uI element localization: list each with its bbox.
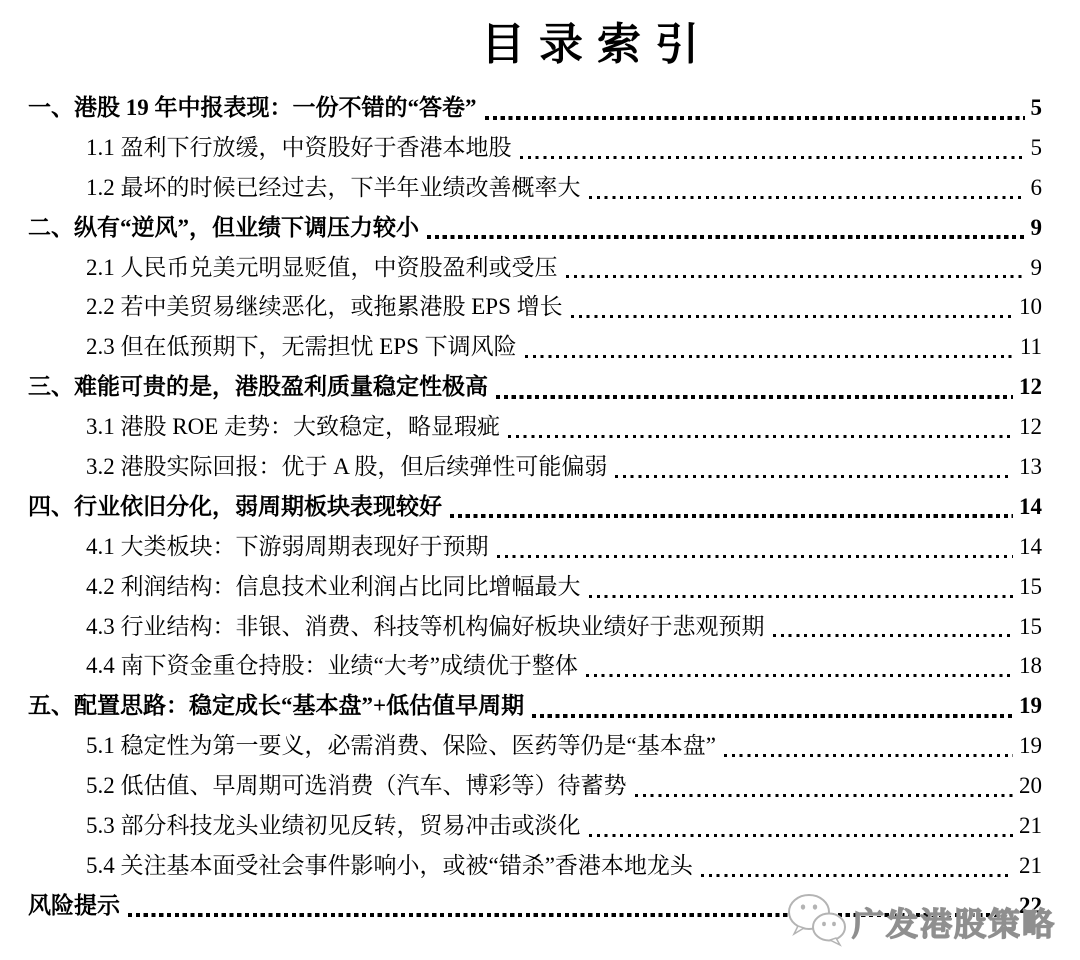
toc-entry-label: 5.4 关注基本面受社会事件影响小，或被“错杀”香港本地龙头 — [86, 846, 693, 886]
toc-page-number: 5 — [1031, 128, 1043, 168]
toc-entry[interactable]: 5.4 关注基本面受社会事件影响小，或被“错杀”香港本地龙头 21 — [28, 846, 1042, 886]
toc-page-number: 12 — [1019, 407, 1042, 447]
toc-page-number: 10 — [1019, 287, 1042, 327]
toc-entry-label: 4.4 南下资金重仓持股：业绩“大考”成绩优于整体 — [86, 646, 578, 686]
toc-dotted-leader — [635, 766, 1014, 806]
toc-entry-label: 三、难能可贵的是，港股盈利质量稳定性极高 — [28, 367, 488, 407]
toc-dotted-leader — [566, 248, 1025, 288]
toc-page-number: 15 — [1019, 607, 1042, 647]
toc-dotted-leader — [589, 806, 1014, 846]
toc-dotted-leader — [520, 128, 1025, 168]
toc-page-number: 21 — [1019, 846, 1042, 886]
toc-dotted-leader — [589, 168, 1025, 208]
toc-entry[interactable]: 5.2 低估值、早周期可选消费（汽车、博彩等）待蓄势 20 — [28, 766, 1042, 806]
toc-entry[interactable]: 2.1 人民币兑美元明显贬值，中资股盈利或受压 9 — [28, 248, 1042, 288]
toc-entry-label: 4.3 行业结构：非银、消费、科技等机构偏好板块业绩好于悲观预期 — [86, 607, 765, 647]
toc-entry[interactable]: 4.2 利润结构：信息技术业利润占比同比增幅最大 15 — [28, 567, 1042, 607]
toc-entry-label: 1.2 最坏的时候已经过去，下半年业绩改善概率大 — [86, 168, 581, 208]
toc-entry[interactable]: 三、难能可贵的是，港股盈利质量稳定性极高 12 — [28, 367, 1042, 407]
toc-entry-label: 4.1 大类板块：下游弱周期表现好于预期 — [86, 527, 489, 567]
toc-page-number: 5 — [1031, 88, 1043, 128]
toc-dotted-leader — [724, 726, 1013, 766]
toc-dotted-leader — [525, 327, 1014, 367]
toc-page-number: 19 — [1019, 686, 1042, 726]
toc-entry-label: 3.1 港股 ROE 走势：大致稳定，略显瑕疵 — [86, 407, 500, 447]
toc-dotted-leader — [589, 567, 1014, 607]
toc-list: 一、港股 19 年中报表现：一份不错的“答卷” 5 1.1 盈利下行放缓，中资股… — [28, 88, 1042, 926]
toc-entry[interactable]: 一、港股 19 年中报表现：一份不错的“答卷” 5 — [28, 88, 1042, 128]
toc-entry-label: 1.1 盈利下行放缓，中资股好于香港本地股 — [86, 128, 512, 168]
toc-entry-label: 2.3 但在低预期下，无需担忧 EPS 下调风险 — [86, 327, 517, 367]
toc-page-number: 19 — [1019, 726, 1042, 766]
toc-page-number: 9 — [1031, 248, 1043, 288]
toc-page-number: 13 — [1019, 447, 1042, 487]
toc-entry[interactable]: 五、配置思路：稳定成长“基本盘”+低估值早周期 19 — [28, 686, 1042, 726]
toc-entry[interactable]: 3.2 港股实际回报：优于 A 股，但后续弹性可能偏弱 13 — [28, 447, 1042, 487]
toc-dotted-leader — [773, 607, 1014, 647]
toc-entry-label: 4.2 利润结构：信息技术业利润占比同比增幅最大 — [86, 567, 581, 607]
toc-page-number: 14 — [1019, 527, 1042, 567]
toc-page-number: 20 — [1019, 766, 1042, 806]
toc-entry[interactable]: 4.4 南下资金重仓持股：业绩“大考”成绩优于整体 18 — [28, 646, 1042, 686]
toc-page-number: 21 — [1019, 806, 1042, 846]
toc-dotted-leader — [508, 407, 1013, 447]
watermark: 广发港股策略 — [784, 891, 1056, 952]
toc-page-number: 18 — [1019, 646, 1042, 686]
toc-entry[interactable]: 四、行业依旧分化，弱周期板块表现较好 14 — [28, 487, 1042, 527]
toc-entry-label: 一、港股 19 年中报表现：一份不错的“答卷” — [28, 88, 477, 128]
toc-entry[interactable]: 2.2 若中美贸易继续恶化，或拖累港股 EPS 增长 10 — [28, 287, 1042, 327]
toc-entry-label: 5.2 低估值、早周期可选消费（汽车、博彩等）待蓄势 — [86, 766, 627, 806]
toc-dotted-leader — [427, 208, 1025, 248]
toc-dotted-leader — [615, 447, 1013, 487]
toc-entry-label: 风险提示 — [28, 886, 120, 926]
page-title: 目录索引 — [90, 14, 1080, 76]
toc-entry[interactable]: 3.1 港股 ROE 走势：大致稳定，略显瑕疵 12 — [28, 407, 1042, 447]
toc-entry[interactable]: 4.3 行业结构：非银、消费、科技等机构偏好板块业绩好于悲观预期 15 — [28, 607, 1042, 647]
toc-entry-label: 2.2 若中美贸易继续恶化，或拖累港股 EPS 增长 — [86, 287, 563, 327]
toc-dotted-leader — [571, 287, 1013, 327]
toc-dotted-leader — [485, 88, 1025, 128]
toc-entry-label: 二、纵有“逆风”，但业绩下调压力较小 — [28, 208, 419, 248]
watermark-text: 广发港股策略 — [852, 899, 1056, 945]
toc-entry-label: 5.3 部分科技龙头业绩初见反转，贸易冲击或淡化 — [86, 806, 581, 846]
toc-dotted-leader — [586, 646, 1013, 686]
toc-entry[interactable]: 2.3 但在低预期下，无需担忧 EPS 下调风险 11 — [28, 327, 1042, 367]
toc-entry[interactable]: 5.1 稳定性为第一要义，必需消费、保险、医药等仍是“基本盘” 19 — [28, 726, 1042, 766]
toc-entry[interactable]: 二、纵有“逆风”，但业绩下调压力较小 9 — [28, 208, 1042, 248]
toc-dotted-leader — [496, 367, 1013, 407]
toc-page-number: 14 — [1019, 487, 1042, 527]
toc-page-number: 12 — [1019, 367, 1042, 407]
toc-entry-label: 5.1 稳定性为第一要义，必需消费、保险、医药等仍是“基本盘” — [86, 726, 716, 766]
toc-page-number: 11 — [1020, 327, 1042, 367]
toc-entry-label: 2.1 人民币兑美元明显贬值，中资股盈利或受压 — [86, 248, 558, 288]
toc-page-number: 6 — [1031, 168, 1043, 208]
toc-entry-label: 3.2 港股实际回报：优于 A 股，但后续弹性可能偏弱 — [86, 447, 607, 487]
toc-dotted-leader — [450, 487, 1013, 527]
toc-entry[interactable]: 5.3 部分科技龙头业绩初见反转，贸易冲击或淡化 21 — [28, 806, 1042, 846]
toc-entry[interactable]: 1.1 盈利下行放缓，中资股好于香港本地股 5 — [28, 128, 1042, 168]
toc-entry-label: 五、配置思路：稳定成长“基本盘”+低估值早周期 — [28, 686, 524, 726]
toc-dotted-leader — [701, 846, 1013, 886]
toc-entry[interactable]: 1.2 最坏的时候已经过去，下半年业绩改善概率大 6 — [28, 168, 1042, 208]
toc-entry-label: 四、行业依旧分化，弱周期板块表现较好 — [28, 487, 442, 527]
toc-page-number: 15 — [1019, 567, 1042, 607]
toc-entry[interactable]: 4.1 大类板块：下游弱周期表现好于预期 14 — [28, 527, 1042, 567]
toc-dotted-leader — [497, 527, 1014, 567]
toc-dotted-leader — [532, 686, 1013, 726]
toc-page-number: 9 — [1031, 208, 1043, 248]
wechat-icon — [784, 891, 850, 952]
toc-page: 目录索引 一、港股 19 年中报表现：一份不错的“答卷” 5 1.1 盈利下行放… — [0, 0, 1080, 960]
